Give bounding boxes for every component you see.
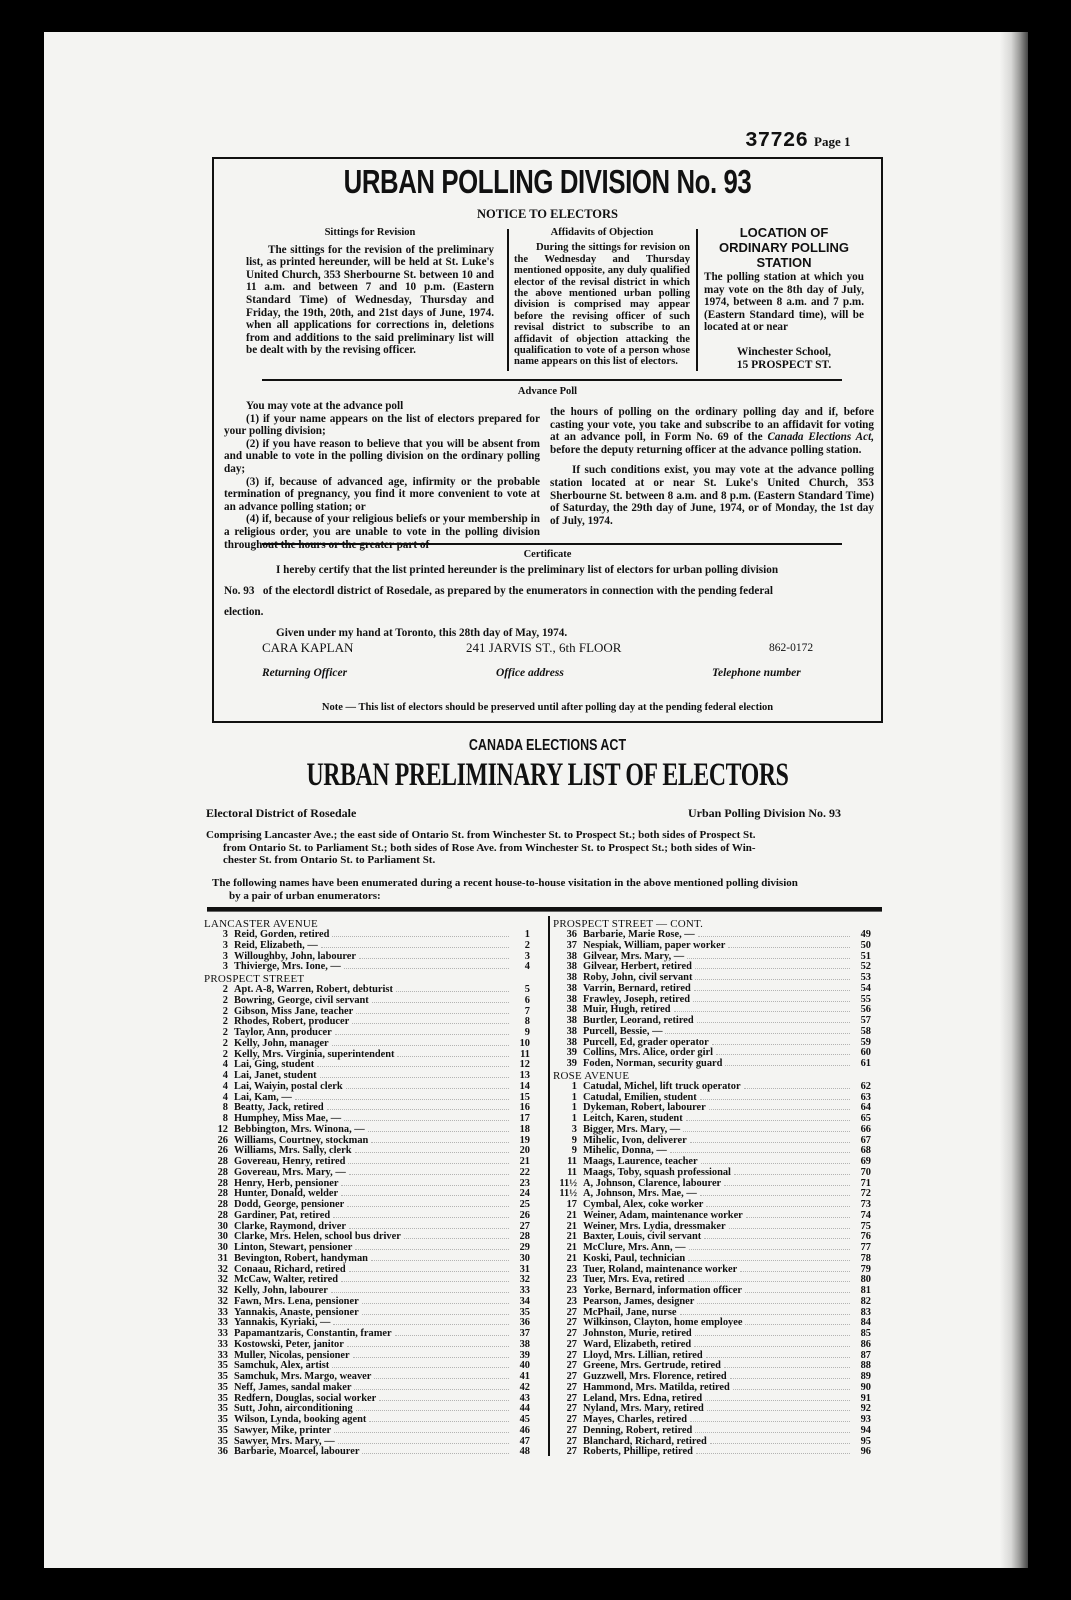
- elector-row: 11Maags, Toby, squash professional70: [553, 1168, 871, 1179]
- house-number: 37: [553, 941, 583, 952]
- preservation-note: Note — This list of electors should be p…: [214, 702, 881, 713]
- house-number: 27: [553, 1340, 583, 1351]
- leader-dots: [698, 936, 850, 937]
- affidavits-text: During the sittings for revision on the …: [514, 242, 690, 367]
- leader-dots: [355, 1249, 509, 1250]
- leader-dots: [341, 1185, 509, 1186]
- elector-row: 12Bebbington, Mrs. Winona, —18: [204, 1125, 530, 1136]
- elector-sequence: 26: [512, 1211, 530, 1222]
- leader-dots: [374, 1378, 509, 1379]
- leader-dots: [665, 1033, 850, 1034]
- elector-name: Nespiak, William, paper worker: [583, 941, 725, 952]
- advance-poll-continued: the hours of polling on the ordinary pol…: [550, 406, 874, 456]
- elector-row: 27Hammond, Mrs. Matilda, retired90: [553, 1383, 871, 1394]
- leader-dots: [740, 1271, 850, 1272]
- house-number: 35: [204, 1426, 234, 1437]
- advance-poll-conditions: If such conditions exist, you may vote a…: [550, 464, 874, 527]
- advance-poll-heading: Advance Poll: [214, 386, 881, 399]
- house-number: 2: [204, 1050, 234, 1061]
- leader-dots: [333, 1217, 509, 1218]
- elector-row: 1Catudal, Michel, lift truck operator62: [553, 1082, 871, 1093]
- leader-dots: [368, 1131, 509, 1132]
- elector-name: Kostowski, Peter, janitor: [234, 1340, 344, 1351]
- elector-sequence: 66: [853, 1125, 871, 1136]
- elector-sequence: 61: [853, 1059, 871, 1070]
- certificate-line-2: No. 93 of the electordl district of Rose…: [224, 581, 874, 602]
- elector-sequence: 70: [853, 1168, 871, 1179]
- leader-dots: [332, 1045, 509, 1046]
- leader-dots: [295, 1099, 509, 1100]
- leader-dots: [706, 1357, 850, 1358]
- elector-row: 27Ward, Elizabeth, retired86: [553, 1340, 871, 1351]
- leader-dots: [321, 947, 509, 948]
- street-heading: ROSE AVENUE: [553, 1070, 871, 1082]
- leader-dots: [359, 958, 509, 959]
- elector-name: Bowring, George, civil servant: [234, 996, 369, 1007]
- leader-dots: [694, 990, 850, 991]
- leader-dots: [725, 1065, 850, 1066]
- leader-dots: [706, 1206, 850, 1207]
- leader-dots: [332, 936, 509, 937]
- elector-name: Denning, Robert, retired: [583, 1426, 692, 1437]
- notice-box: URBAN POLLING DIVISION No. 93 NOTICE TO …: [212, 157, 883, 723]
- location-section: LOCATION OF ORDINARY POLLING STATION The…: [704, 225, 864, 371]
- house-number: 3: [204, 962, 234, 973]
- act-heading: CANADA ELECTIONS ACT: [286, 737, 809, 755]
- house-number: 4: [204, 1093, 234, 1104]
- elector-row: 28Gardiner, Pat, retired26: [204, 1211, 530, 1222]
- sittings-heading: Sittings for Revision: [246, 227, 494, 240]
- house-number: 21: [553, 1211, 583, 1222]
- leader-dots: [356, 1013, 509, 1014]
- leader-dots: [724, 1185, 850, 1186]
- elector-name: Thivierge, Mrs. Ione, —: [234, 962, 341, 973]
- address-label: Office address: [496, 667, 564, 679]
- leader-dots: [371, 1142, 509, 1143]
- elector-row: 31Bevington, Robert, handyman30: [204, 1254, 530, 1265]
- affidavits-section: Affidavits of Objection During the sitti…: [514, 227, 690, 368]
- elector-sequence: 6: [512, 996, 530, 1007]
- house-number: 9: [553, 1136, 583, 1147]
- notice-subtitle: NOTICE TO ELECTORS: [214, 207, 881, 222]
- act-name-italic: Canada Elections Act,: [767, 431, 874, 443]
- leader-dots: [334, 1432, 509, 1433]
- leader-dots: [397, 1056, 509, 1057]
- leader-dots: [347, 1206, 509, 1207]
- elector-sequence: 4: [512, 962, 530, 973]
- electoral-district: Electoral District of Rosedale: [206, 806, 356, 821]
- elector-sequence: 14: [512, 1082, 530, 1093]
- house-number: 3: [204, 941, 234, 952]
- electors-list-right: PROSPECT STREET — CONT.36Barbarie, Marie…: [553, 918, 871, 1458]
- house-number: 33: [204, 1340, 234, 1351]
- leader-dots: [362, 1314, 509, 1315]
- leader-dots: [670, 1152, 850, 1153]
- elector-sequence: 48: [512, 1447, 530, 1458]
- leader-dots: [332, 1367, 509, 1368]
- elector-sequence: 42: [512, 1383, 530, 1394]
- location-address: 15 PROSPECT ST.: [704, 359, 864, 372]
- elector-name: Roberts, Phillipe, retired: [583, 1447, 693, 1458]
- leader-dots: [695, 1432, 850, 1433]
- leader-dots: [704, 1238, 850, 1239]
- house-number: 21: [553, 1254, 583, 1265]
- section-rule: [262, 379, 842, 381]
- page-label: Page 1: [814, 134, 850, 149]
- elector-row: 4Lai, Waiyin, postal clerk14: [204, 1082, 530, 1093]
- leader-dots: [686, 1120, 850, 1121]
- elector-row: 3Thivierge, Mrs. Ione, —4: [204, 962, 530, 973]
- location-heading: LOCATION OF ORDINARY POLLING STATION: [704, 225, 864, 270]
- leader-dots: [695, 968, 850, 969]
- leader-dots: [371, 1260, 509, 1261]
- house-number: 3: [553, 1125, 583, 1136]
- elector-row: 28Govereau, Mrs. Mary, —22: [204, 1168, 530, 1179]
- house-number: 1: [553, 1103, 583, 1114]
- elector-name: Gardiner, Pat, retired: [234, 1211, 330, 1222]
- leader-dots: [362, 1303, 509, 1304]
- elector-sequence: 34: [512, 1297, 530, 1308]
- leader-dots: [331, 1292, 509, 1293]
- elector-sequence: 58: [853, 1027, 871, 1038]
- elector-sequence: 74: [853, 1211, 871, 1222]
- leader-dots: [729, 1228, 850, 1229]
- leader-dots: [349, 1271, 509, 1272]
- elector-sequence: 18: [512, 1125, 530, 1136]
- elector-row: 36Barbarie, Moarcel, labourer48: [204, 1447, 530, 1458]
- elector-row: 3Reid, Elizabeth, —2: [204, 941, 530, 952]
- elector-sequence: 30: [512, 1254, 530, 1265]
- house-number: 1: [553, 1093, 583, 1104]
- elector-row: 37Nespiak, William, paper worker50: [553, 941, 871, 952]
- leader-dots: [354, 1389, 509, 1390]
- elector-name: Fawn, Mrs. Lena, pensioner: [234, 1297, 359, 1308]
- elector-sequence: 78: [853, 1254, 871, 1265]
- house-number: 28: [204, 1211, 234, 1222]
- officer-name: CARA KAPLAN: [262, 640, 353, 656]
- leader-dots: [372, 1002, 509, 1003]
- leader-dots: [695, 979, 850, 980]
- elector-name: Lai, Waiyin, postal clerk: [234, 1082, 343, 1093]
- elector-name: Ward, Elizabeth, retired: [583, 1340, 691, 1351]
- elector-row: 2Bowring, George, civil servant6: [204, 996, 530, 1007]
- leader-dots: [404, 1238, 509, 1239]
- leader-dots: [694, 1346, 850, 1347]
- elector-row: 33Kostowski, Peter, janitor38: [204, 1340, 530, 1351]
- advance-poll-item-1: (1) if your name appears on the list of …: [224, 413, 540, 438]
- leader-dots: [716, 1054, 850, 1055]
- leader-dots: [745, 1292, 850, 1293]
- elector-row: 39Foden, Norman, security guard61: [553, 1059, 871, 1070]
- elector-row: 38Varrin, Bernard, retired54: [553, 984, 871, 995]
- leader-dots: [712, 1044, 850, 1045]
- notice-title: URBAN POLLING DIVISION No. 93: [287, 163, 807, 201]
- column-divider: [507, 229, 509, 371]
- elector-name: Neff, James, sandal maker: [234, 1383, 351, 1394]
- elector-row: 21Koski, Paul, technician78: [553, 1254, 871, 1265]
- elector-sequence: 50: [853, 941, 871, 952]
- leader-dots: [680, 1314, 850, 1315]
- elector-name: Maags, Toby, squash professional: [583, 1168, 731, 1179]
- house-number: 27: [553, 1383, 583, 1394]
- leader-dots: [734, 1174, 850, 1175]
- leader-dots: [744, 1088, 850, 1089]
- leader-dots: [347, 1346, 509, 1347]
- location-text: The polling station at which you may vot…: [704, 271, 864, 334]
- division-number: No. 93: [224, 585, 254, 597]
- house-number: 27: [553, 1447, 583, 1458]
- leader-dots: [352, 1023, 509, 1024]
- house-number: 36: [204, 1447, 234, 1458]
- location-place: Winchester School,: [704, 346, 864, 359]
- officer-label: Returning Officer: [262, 667, 347, 679]
- leader-dots: [733, 1389, 850, 1390]
- house-number: 12: [204, 1125, 234, 1136]
- elector-sequence: 90: [853, 1383, 871, 1394]
- leader-dots: [369, 1421, 509, 1422]
- page-code: 37726: [745, 130, 808, 153]
- telephone-label: Telephone number: [712, 667, 801, 679]
- elector-name: Hammond, Mrs. Matilda, retired: [583, 1383, 730, 1394]
- elector-row: 35Neff, James, sandal maker42: [204, 1383, 530, 1394]
- leader-dots: [356, 1410, 509, 1411]
- house-number: 2: [204, 1028, 234, 1039]
- house-number: 3: [204, 952, 234, 963]
- house-number: 31: [204, 1254, 234, 1265]
- elector-row: 21Weiner, Adam, maintenance worker74: [553, 1211, 871, 1222]
- house-number: 4: [204, 1060, 234, 1071]
- advance-poll-heading-wrap: Advance Poll: [214, 386, 881, 399]
- elector-sequence: 54: [853, 984, 871, 995]
- elector-name: Bebbington, Mrs. Winona, —: [234, 1125, 365, 1136]
- house-number: 11: [553, 1168, 583, 1179]
- leader-dots: [674, 1011, 850, 1012]
- elector-sequence: 82: [853, 1297, 871, 1308]
- elector-name: Barbarie, Moarcel, labourer: [234, 1447, 359, 1458]
- elector-name: Reid, Elizabeth, —: [234, 941, 318, 952]
- leader-dots: [353, 1357, 509, 1358]
- leader-dots: [709, 1109, 850, 1110]
- elector-row: 27Denning, Robert, retired94: [553, 1426, 871, 1437]
- elector-row: 23Pearson, James, designer82: [553, 1297, 871, 1308]
- house-number: 23: [553, 1297, 583, 1308]
- leader-dots: [695, 1335, 850, 1336]
- elector-sequence: 94: [853, 1426, 871, 1437]
- leader-dots: [688, 1281, 850, 1282]
- leader-dots: [396, 991, 509, 992]
- elector-row: 32Fawn, Mrs. Lena, pensioner34: [204, 1297, 530, 1308]
- leader-dots: [728, 947, 850, 948]
- leader-dots: [362, 1453, 509, 1454]
- house-number: 8: [204, 1103, 234, 1114]
- office-address: 241 JARVIS ST., 6th FLOOR: [466, 640, 621, 656]
- elector-name: Foden, Norman, security guard: [583, 1059, 722, 1070]
- leader-dots: [689, 1249, 850, 1250]
- leader-dots: [341, 1281, 509, 1282]
- elector-name: Varrin, Bernard, retired: [583, 984, 691, 995]
- leader-dots: [700, 1099, 850, 1100]
- comprising-text: Comprising Lancaster Ave.; the east side…: [206, 829, 876, 867]
- enumeration-note: The following names have been enumerated…: [212, 877, 872, 902]
- leader-dots: [693, 1001, 850, 1002]
- elector-name: Weiner, Adam, maintenance worker: [583, 1211, 743, 1222]
- house-number: 38: [553, 984, 583, 995]
- column-divider: [696, 229, 698, 371]
- list-top-rule: [207, 907, 882, 912]
- leader-dots: [745, 1324, 850, 1325]
- leader-dots: [341, 1195, 509, 1196]
- elector-sequence: 38: [512, 1340, 530, 1351]
- elector-name: Bigger, Mrs. Mary, —: [583, 1125, 680, 1136]
- leader-dots: [349, 1228, 509, 1229]
- leader-dots: [327, 1109, 509, 1110]
- leader-dots: [724, 1367, 850, 1368]
- elector-name: Pearson, James, designer: [583, 1297, 694, 1308]
- certificate-line-3: election.: [224, 602, 874, 623]
- leader-dots: [688, 1260, 850, 1261]
- elector-row: 35Sawyer, Mike, printer46: [204, 1426, 530, 1437]
- leader-dots: [707, 1410, 850, 1411]
- leader-dots: [697, 1022, 850, 1023]
- house-number: 3: [204, 930, 234, 941]
- leader-dots: [338, 1443, 509, 1444]
- certificate-line-1: I hereby certify that the list printed h…: [224, 560, 874, 581]
- polling-division: Urban Polling Division No. 93: [688, 806, 841, 821]
- elector-row: 38Purcell, Bessie, —58: [553, 1027, 871, 1038]
- elector-sequence: 10: [512, 1039, 530, 1050]
- leader-dots: [687, 958, 850, 959]
- column-divider: [548, 916, 550, 1456]
- leader-dots: [690, 1421, 850, 1422]
- leader-dots: [379, 1400, 509, 1401]
- page-number: 37726Page 1: [745, 130, 850, 153]
- leader-dots: [690, 1142, 850, 1143]
- elector-sequence: 96: [853, 1447, 871, 1458]
- certificate-body: I hereby certify that the list printed h…: [224, 560, 874, 644]
- elector-name: Sawyer, Mike, printer: [234, 1426, 331, 1437]
- advance-poll-item-3: (3) if, because of advanced age, infirmi…: [224, 476, 540, 514]
- leader-dots: [683, 1131, 850, 1132]
- advance-poll-right: the hours of polling on the ordinary pol…: [550, 406, 874, 527]
- leader-dots: [355, 1152, 509, 1153]
- elector-name: Kelly, John, manager: [234, 1039, 329, 1050]
- leader-dots: [395, 1335, 509, 1336]
- elector-sequence: 86: [853, 1340, 871, 1351]
- leader-dots: [746, 1217, 850, 1218]
- house-number: 4: [204, 1071, 234, 1082]
- house-number: 27: [553, 1426, 583, 1437]
- leader-dots: [348, 1163, 509, 1164]
- leader-dots: [730, 1378, 850, 1379]
- elector-sequence: 22: [512, 1168, 530, 1179]
- list-title: URBAN PRELIMINARY LIST OF ELECTORS: [306, 757, 789, 794]
- house-number: 4: [204, 1082, 234, 1093]
- elector-sequence: 46: [512, 1426, 530, 1437]
- leader-dots: [344, 968, 509, 969]
- leader-dots: [346, 1088, 509, 1089]
- house-number: 2: [204, 1039, 234, 1050]
- house-number: 1: [553, 1114, 583, 1125]
- elector-row: 27Roberts, Phillipe, retired96: [553, 1447, 871, 1458]
- elector-row: 3Bigger, Mrs. Mary, —66: [553, 1125, 871, 1136]
- elector-name: Catudal, Michel, lift truck operator: [583, 1082, 741, 1093]
- leader-dots: [701, 1163, 850, 1164]
- leader-dots: [710, 1443, 850, 1444]
- sittings-text: The sittings for the revision of the pre…: [246, 244, 494, 357]
- elector-sequence: 2: [512, 941, 530, 952]
- section-rule: [262, 543, 842, 545]
- house-number: 32: [204, 1297, 234, 1308]
- house-number: 35: [204, 1383, 234, 1394]
- house-number: 2: [204, 996, 234, 1007]
- leader-dots: [333, 1324, 509, 1325]
- sittings-section: Sittings for Revision The sittings for t…: [246, 227, 494, 357]
- page-edge-shadow: [1000, 32, 1028, 1568]
- elector-sequence: 62: [853, 1082, 871, 1093]
- house-number: 28: [204, 1168, 234, 1179]
- elector-name: Purcell, Bessie, —: [583, 1027, 662, 1038]
- leader-dots: [335, 1034, 509, 1035]
- elector-name: Koski, Paul, technician: [583, 1254, 685, 1265]
- advance-poll-item-2: (2) if you have reason to believe that y…: [224, 438, 540, 476]
- advance-poll-left: You may vote at the advance poll (1) if …: [224, 400, 540, 551]
- house-number: 2: [204, 1017, 234, 1028]
- leader-dots: [700, 1195, 850, 1196]
- house-number: 2: [204, 1007, 234, 1018]
- leader-dots: [320, 1077, 509, 1078]
- house-number: 39: [553, 1059, 583, 1070]
- house-number: 2: [204, 985, 234, 996]
- leader-dots: [349, 1174, 509, 1175]
- affidavits-heading: Affidavits of Objection: [514, 227, 690, 238]
- advance-poll-item-4: (4) if, because of your religious belief…: [224, 513, 540, 551]
- house-number: 1: [553, 1082, 583, 1093]
- elector-name: Govereau, Mrs. Mary, —: [234, 1168, 346, 1179]
- electors-list-left: LANCASTER AVENUE3Reid, Gorden, retired13…: [204, 918, 530, 1458]
- leader-dots: [697, 1303, 850, 1304]
- elector-name: Bevington, Robert, handyman: [234, 1254, 368, 1265]
- elector-row: 2Kelly, John, manager10: [204, 1039, 530, 1050]
- advance-poll-intro: You may vote at the advance poll: [224, 400, 540, 413]
- telephone: 862-0172: [769, 642, 813, 654]
- leader-dots: [705, 1400, 850, 1401]
- leader-dots: [344, 1120, 509, 1121]
- leader-dots: [696, 1453, 850, 1454]
- leader-dots: [317, 1066, 509, 1067]
- house-number: 38: [553, 1027, 583, 1038]
